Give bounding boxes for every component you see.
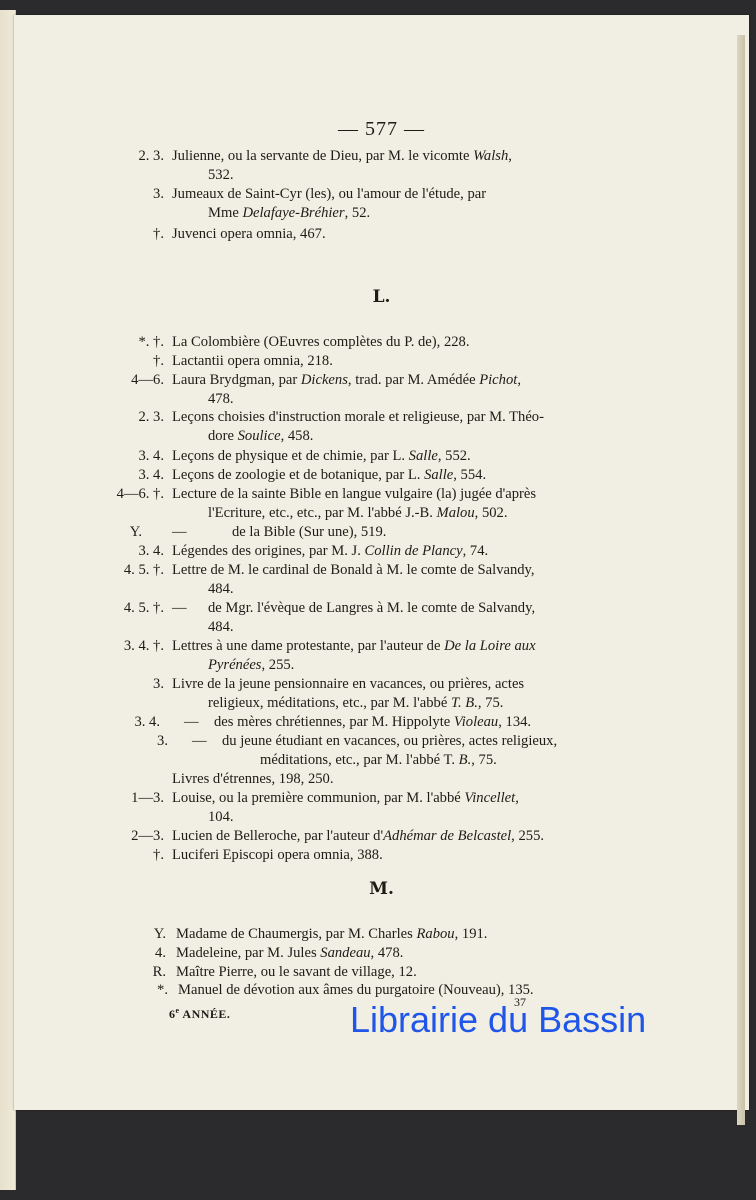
entry-line: méditations, etc., par M. l'abbé T. B., … (192, 751, 604, 770)
section-heading-L: L. (14, 287, 749, 307)
entry-code: 3. 4. (14, 447, 164, 466)
entry-line: Maître Pierre, ou le savant de village, … (176, 963, 588, 982)
entry-line: Juvenci opera omnia, 467. (172, 225, 584, 244)
entry-code: 3. (14, 675, 164, 694)
page-number: — 577 — (14, 118, 749, 141)
entry-line: 532. (172, 166, 584, 185)
book-page: — 577 — 2. 3. Julienne, ou la servante d… (14, 15, 749, 1110)
entry-code: 2—3. (14, 827, 164, 846)
entry-code: 3. (14, 732, 168, 751)
entry-code: †. (14, 846, 164, 865)
entry-code: 3. 4. (14, 542, 164, 561)
entry-line: Madame de Chaumergis, par M. Charles Rab… (176, 925, 588, 944)
entry-line: Lettres à une dame protestante, par l'au… (172, 637, 584, 656)
entry-line: Livres d'étrennes, 198, 250. (172, 770, 584, 789)
entry-line: Lucien de Belleroche, par l'auteur d'Adh… (172, 827, 584, 846)
entry-line: dore Soulice, 458. (172, 427, 584, 446)
entry-line: 484. (172, 618, 584, 637)
entry-line: Madeleine, par M. Jules Sandeau, 478. (176, 944, 588, 963)
entry-line: Pyrénées, 255. (172, 656, 584, 675)
entry-line: Lactantii opera omnia, 218. (172, 352, 584, 371)
section-heading-M: M. (14, 879, 749, 899)
entry-code: 1—3. (14, 789, 164, 808)
entry-line: La Colombière (OEuvres complètes du P. d… (172, 333, 584, 352)
entry-line: 104. (172, 808, 584, 827)
entry-line: Manuel de dévotion aux âmes du purgatoir… (178, 981, 590, 1000)
entry-line: Livre de la jeune pensionnaire en vacanc… (172, 675, 584, 694)
entry-code: 2. 3. (14, 408, 164, 427)
page-content: — 577 — 2. 3. Julienne, ou la servante d… (14, 15, 749, 1110)
entry-line: Mme Delafaye-Bréhier, 52. (172, 204, 584, 223)
entry-code: *. †. (14, 333, 164, 352)
entry-line: religieux, méditations, etc., par M. l'a… (172, 694, 584, 713)
entry-line: —des mères chrétiennes, par M. Hippolyte… (184, 713, 596, 732)
entry-line: Laura Brydgman, par Dickens, trad. par M… (172, 371, 584, 390)
entry-code: Y. (14, 523, 142, 542)
edition-label: 6e ANNÉE. (169, 1006, 230, 1022)
entry-line: Louise, ou la première communion, par M.… (172, 789, 584, 808)
entry-code: 2. 3. (14, 147, 164, 166)
entry-line: —de Mgr. l'évèque de Langres à M. le com… (172, 599, 584, 618)
entry-code: 4. (14, 944, 166, 963)
entry-code: 4. 5. †. (14, 561, 164, 580)
entry-line: Leçons de physique et de chimie, par L. … (172, 447, 584, 466)
entry-code: R. (14, 963, 166, 982)
entry-line: —de la Bible (Sur une), 519. (172, 523, 584, 542)
entry-line: 478. (172, 390, 584, 409)
entry-code: *. (14, 981, 168, 1000)
entry-code: 3. (14, 185, 164, 204)
entry-line: Luciferi Episcopi opera omnia, 388. (172, 846, 584, 865)
entry-code: †. (14, 225, 164, 244)
entry-code: 4. 5. †. (14, 599, 164, 618)
entry-line: 484. (172, 580, 584, 599)
entry-code: Y. (14, 925, 166, 944)
entry-code: 4—6. †. (14, 485, 164, 504)
entry-line: Leçons de zoologie et de botanique, par … (172, 466, 584, 485)
entry-code: †. (14, 352, 164, 371)
watermark-text: Librairie du Bassin (350, 999, 646, 1041)
entry-line: Jumeaux de Saint-Cyr (les), ou l'amour d… (172, 185, 584, 204)
entry-code: 3. 4. (14, 466, 164, 485)
entry-line: Lecture de la sainte Bible en langue vul… (172, 485, 584, 504)
entry-code: 3. 4. (14, 713, 160, 732)
entry-line: —du jeune étudiant en vacances, ou prièr… (192, 732, 604, 751)
entry-code: 4—6. (14, 371, 164, 390)
entry-line: Leçons choisies d'instruction morale et … (172, 408, 584, 427)
entry-line: Julienne, ou la servante de Dieu, par M.… (172, 147, 584, 166)
entry-code: 3. 4. †. (14, 637, 164, 656)
entry-line: Lettre de M. le cardinal de Bonald à M. … (172, 561, 584, 580)
entry-line: l'Ecriture, etc., etc., par M. l'abbé J.… (172, 504, 584, 523)
entry-line: Légendes des origines, par M. J. Collin … (172, 542, 584, 561)
